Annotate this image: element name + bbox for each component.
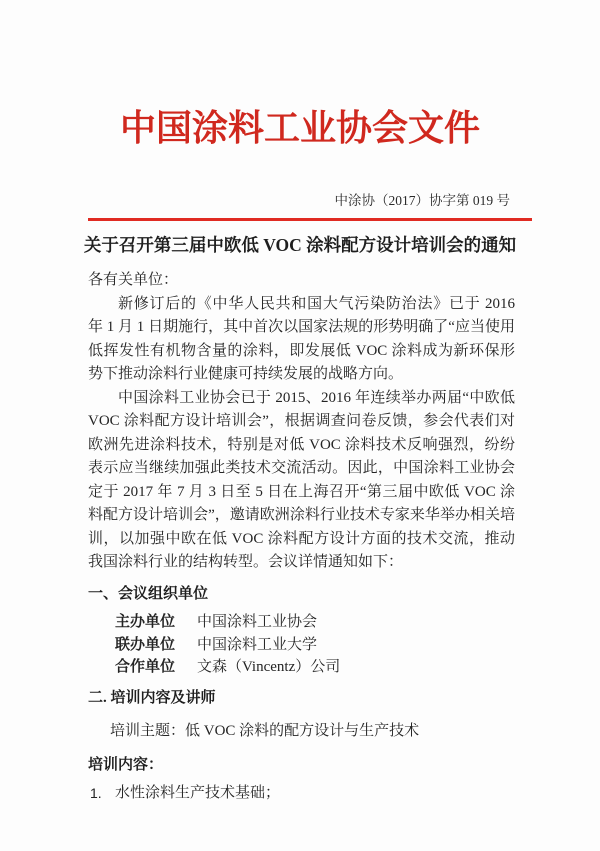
organizer-label: 联办单位	[115, 634, 197, 657]
organizer-value: 中国涂料工业大学	[197, 634, 317, 657]
organizer-row-partner: 合作单位 文森（Vincentz）公司	[115, 656, 515, 679]
training-content-label: 培训内容：	[88, 754, 515, 778]
letterhead-title: 中国涂料工业协会文件	[0, 103, 600, 153]
section-heading-organizers: 一、会议组织单位	[88, 583, 515, 607]
organizer-label: 合作单位	[115, 656, 197, 679]
organizer-label: 主办单位	[115, 611, 197, 634]
header-divider	[88, 218, 532, 221]
document-page: 中国涂料工业协会文件 中涂协（2017）协字第 019 号 关于召开第三届中欧低…	[0, 0, 600, 851]
organizer-list: 主办单位 中国涂料工业协会 联办单位 中国涂料工业大学 合作单位 文森（Vinc…	[88, 611, 515, 679]
page-title: 关于召开第三届中欧低 VOC 涂料配方设计培训会的通知	[40, 233, 560, 257]
list-item-text: 水性涂料生产技术基础；	[115, 782, 280, 806]
organizer-value: 文森（Vincentz）公司	[197, 656, 340, 679]
document-body: 各有关单位： 新修订后的《中华人民共和国大气污染防治法》已于 2016 年 1 …	[88, 269, 515, 806]
section-heading-training: 二. 培训内容及讲师	[88, 687, 515, 711]
organizer-row-cohost: 联办单位 中国涂料工业大学	[115, 634, 515, 657]
paragraph-background: 中国涂料工业协会已于 2015、2016 年连续举办两届“中欧低 VOC 涂料配…	[88, 387, 515, 575]
paragraph-intro: 新修订后的《中华人民共和国大气污染防治法》已于 2016 年 1 月 1 日期施…	[88, 293, 515, 387]
training-topic: 培训主题：低 VOC 涂料的配方设计与生产技术	[110, 720, 515, 744]
list-item-number: 1.	[90, 782, 115, 806]
salutation: 各有关单位：	[88, 269, 515, 293]
organizer-row-host: 主办单位 中国涂料工业协会	[115, 611, 515, 634]
training-content-item-1: 1. 水性涂料生产技术基础；	[90, 782, 515, 806]
doc-number: 中涂协（2017）协字第 019 号	[0, 191, 600, 210]
organizer-value: 中国涂料工业协会	[197, 611, 317, 634]
